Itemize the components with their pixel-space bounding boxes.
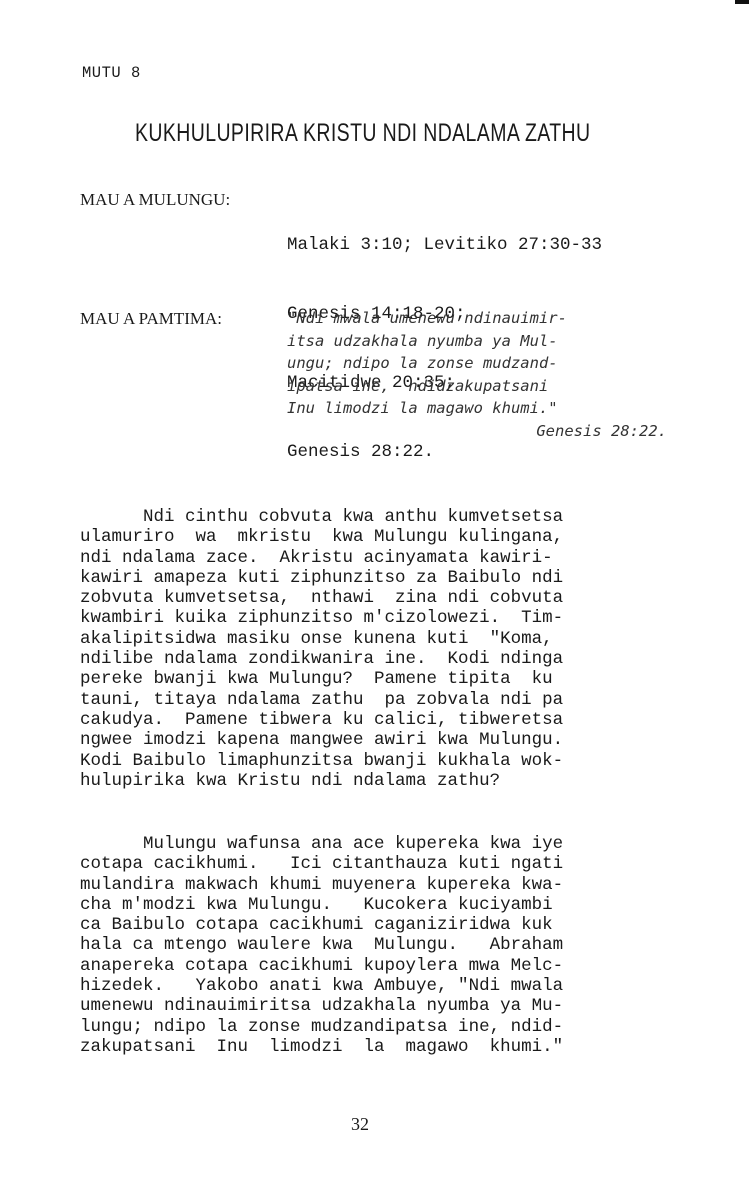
body-paragraph-1: Ndi cinthu cobvuta kwa anthu kumvetsetsa… xyxy=(80,507,680,791)
body-text-line: pereke bwanji kwa Mulungu? Pamene tipita… xyxy=(80,669,680,689)
body-text-line: zobvuta kumvetsetsa, nthawi zina ndi cob… xyxy=(80,588,680,608)
body-text-line: cakudya. Pamene tibwera ku calici, tibwe… xyxy=(80,710,680,730)
scan-edge-mark xyxy=(735,0,749,4)
scripture-references-label: MAU A MULUNGU: xyxy=(80,188,230,211)
body-text-line: Ndi cinthu cobvuta kwa anthu kumvetsetsa xyxy=(80,507,680,527)
body-text-line: anapereka cotapa cacikhumi kupoylera mwa… xyxy=(80,956,680,976)
chapter-title: KUKHULUPIRIRA KRISTU NDI NDALAMA ZATHU xyxy=(135,119,590,148)
body-text-line: tauni, titaya ndalama zathu pa zobvala n… xyxy=(80,690,680,710)
body-text-line: kwambiri kuika ziphunzitso m'cizolowezi.… xyxy=(80,608,680,628)
body-text-line: hala ca mtengo waulere kwa Mulungu. Abra… xyxy=(80,935,680,955)
body-text-line: cha m'modzi kwa Mulungu. Kucokera kuciya… xyxy=(80,895,680,915)
scripture-reference-line: Malaki 3:10; Levitiko 27:30-33 xyxy=(287,234,602,257)
memory-verse-line: Inu limodzi la magawo khumi." xyxy=(287,397,667,420)
memory-verse-line: ipatsa ine, ndidzakupatsani xyxy=(287,375,667,398)
body-text-line: zakupatsani Inu limodzi la magawo khumi.… xyxy=(80,1037,680,1057)
memory-verse-label: MAU A PAMTIMA: xyxy=(80,307,222,330)
body-text-line: ngwee imodzi kapena mangwee awiri kwa Mu… xyxy=(80,730,680,750)
body-text-line: akalipitsidwa masiku onse kunena kuti "K… xyxy=(80,629,680,649)
body-text-line: kawiri amapeza kuti ziphunzitso za Baibu… xyxy=(80,568,680,588)
body-text-line: ndi ndalama zace. Akristu acinyamata kaw… xyxy=(80,548,680,568)
body-text-line: lungu; ndipo la zonse mudzandipatsa ine,… xyxy=(80,1017,680,1037)
body-text-line: hizedek. Yakobo anati kwa Ambuye, "Ndi m… xyxy=(80,976,680,996)
body-text-line: umenewu ndinauimiritsa udzakhala nyumba … xyxy=(80,996,680,1016)
body-paragraph-2: Mulungu wafunsa ana ace kupereka kwa iye… xyxy=(80,834,680,1057)
memory-verse-line: ungu; ndipo la zonse mudzand- xyxy=(287,352,667,375)
body-text-line: ulamuriro wa mkristu kwa Mulungu kulinga… xyxy=(80,527,680,547)
body-text-line: Mulungu wafunsa ana ace kupereka kwa iye xyxy=(80,834,680,854)
scripture-reference-line: Genesis 28:22. xyxy=(287,441,602,464)
chapter-label: MUTU 8 xyxy=(82,64,141,82)
memory-verse: "Ndi mwala umenewu ndinauimir- itsa udza… xyxy=(287,307,667,442)
body-text-line: mulandira makwach khumi muyenera kuperek… xyxy=(80,875,680,895)
body-text-line: cotapa cacikhumi. Ici citanthauza kuti n… xyxy=(80,854,680,874)
body-text-line: ca Baibulo cotapa cacikhumi caganiziridw… xyxy=(80,915,680,935)
memory-verse-citation: Genesis 28:22. xyxy=(287,420,667,443)
page-number: 32 xyxy=(351,1114,369,1135)
memory-verse-line: itsa udzakhala nyumba ya Mul- xyxy=(287,330,667,353)
body-text-line: Kodi Baibulo limaphunzitsa bwanji kukhal… xyxy=(80,751,680,771)
body-text-line: ndilibe ndalama zondikwanira ine. Kodi n… xyxy=(80,649,680,669)
memory-verse-line: "Ndi mwala umenewu ndinauimir- xyxy=(287,307,667,330)
body-text-line: hulupirika kwa Kristu ndi ndalama zathu? xyxy=(80,771,680,791)
